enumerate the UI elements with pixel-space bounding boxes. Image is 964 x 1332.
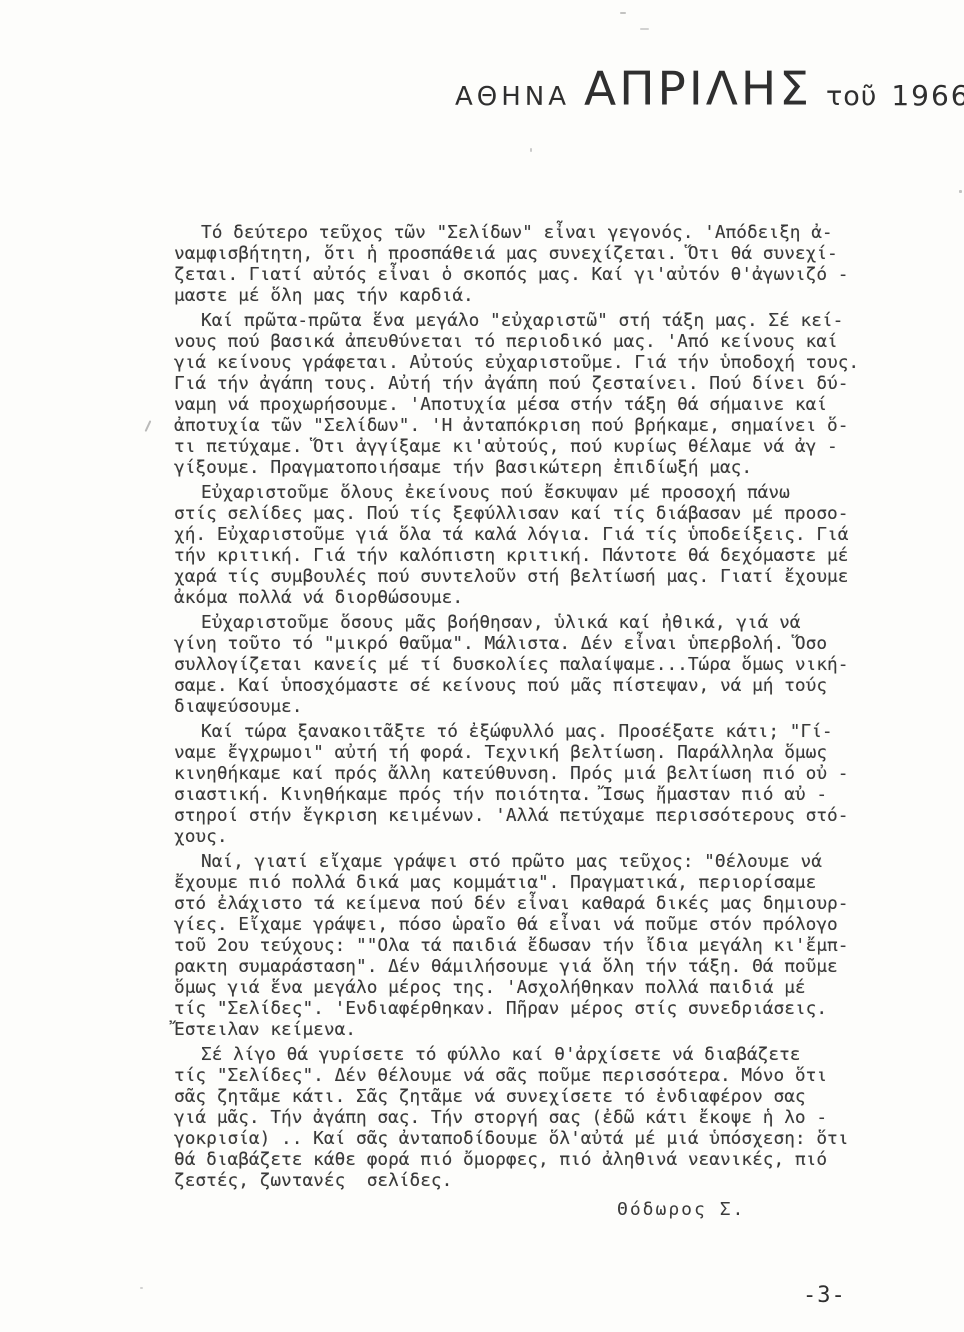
paragraph-2: Καί πρῶτα-πρῶτα ἕνα μεγάλο "εὐχαριστῶ" σ… [174, 310, 886, 478]
header-month: ΑΠΡΙΛΗΣ [584, 63, 812, 117]
scan-speck [959, 190, 962, 193]
paragraph-6: Ναί, γιατί εἴχαμε γράψει στό πρῶτο μας τ… [174, 851, 886, 1040]
scan-speck [140, 1287, 143, 1289]
paragraph-5: Καί τώρα ξανακοιτᾶξτε τό ἐξώφυλλό μας. Π… [174, 721, 886, 847]
signature: Θόδωρος Σ. [617, 1199, 745, 1220]
header-year: 1966 [891, 79, 964, 112]
paragraph-1: Τό δεύτερο τεῦχος τῶν "Σελίδων" εἶναι γε… [174, 222, 886, 306]
scan-speck [620, 12, 626, 14]
scan-speck [640, 28, 649, 30]
page-number: -3- [803, 1283, 846, 1308]
paragraph-3: Εὐχαριστοῦμε ὅλους ἐκείνους πού ἔσκυψαν … [174, 482, 886, 608]
scan-speck [145, 420, 151, 432]
paragraph-7: Σέ λίγο θά γυρίσετε τό φύλλο καί θ'ἀρχίσ… [174, 1044, 886, 1191]
header-city: ΑΘΗΝΑ [455, 82, 570, 112]
letter-body: Τό δεύτερο τεῦχος τῶν "Σελίδων" εἶναι γε… [174, 222, 886, 1195]
scan-speck [530, 148, 532, 152]
header-of: τοῦ [826, 81, 877, 112]
header-date: ΑΘΗΝΑ ΑΠΡΙΛΗΣ τοῦ 1966 [455, 62, 964, 117]
scanned-document-page: ΑΘΗΝΑ ΑΠΡΙΛΗΣ τοῦ 1966 Τό δεύτερο τεῦχος… [0, 0, 964, 1332]
paragraph-4: Εὐχαριστοῦμε ὅσους μᾶς βοήθησαν, ὑλικά κ… [174, 612, 886, 717]
